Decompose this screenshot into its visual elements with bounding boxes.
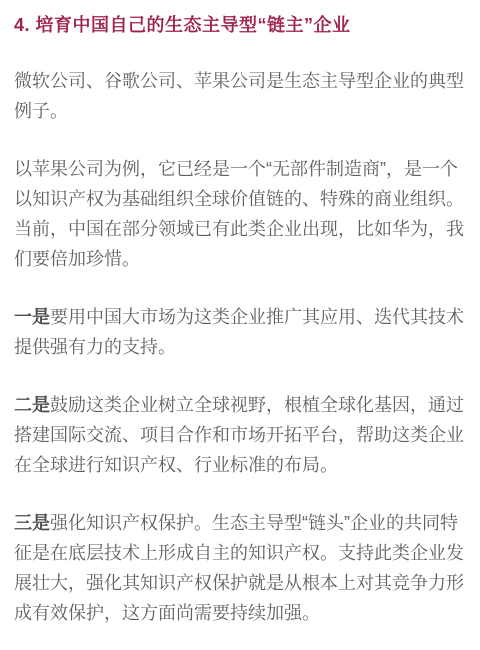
paragraph-lead-ershi: 二是 [14, 395, 50, 415]
paragraph-text: 以苹果公司为例，它已经是一个“无部件制造商”，是一个以知识产权为基础组织全球价值… [14, 159, 464, 269]
paragraph-apple-example: 以苹果公司为例，它已经是一个“无部件制造商”，是一个以知识产权为基础组织全球价值… [14, 154, 466, 274]
article-heading: 4. 培育中国自己的生态主导型“链主”企业 [14, 12, 466, 38]
paragraph-text: 鼓励这类企业树立全球视野，根植全球化基因，通过搭建国际交流、项目合作和市场开拓平… [14, 395, 464, 475]
paragraph-text: 要用中国大市场为这类企业推广其应用、迭代其技术提供强有力的支持。 [14, 307, 464, 357]
paragraph-point-two: 二是鼓励这类企业树立全球视野，根植全球化基因，通过搭建国际交流、项目合作和市场开… [14, 390, 466, 480]
paragraph-point-one: 一是要用中国大市场为这类企业推广其应用、迭代其技术提供强有力的支持。 [14, 302, 466, 362]
paragraph-text: 强化知识产权保护。生态主导型“链头”企业的共同特征是在底层技术上形成自主的知识产… [14, 513, 464, 623]
paragraph-intro-examples: 微软公司、谷歌公司、苹果公司是生态主导型企业的典型例子。 [14, 66, 466, 126]
paragraph-lead-yishi: 一是 [14, 307, 50, 327]
paragraph-text: 微软公司、谷歌公司、苹果公司是生态主导型企业的典型例子。 [14, 71, 464, 121]
paragraph-point-three: 三是强化知识产权保护。生态主导型“链头”企业的共同特征是在底层技术上形成自主的知… [14, 508, 466, 628]
paragraph-lead-sanshi: 三是 [14, 513, 50, 533]
article-page: 4. 培育中国自己的生态主导型“链主”企业 微软公司、谷歌公司、苹果公司是生态主… [0, 0, 480, 628]
